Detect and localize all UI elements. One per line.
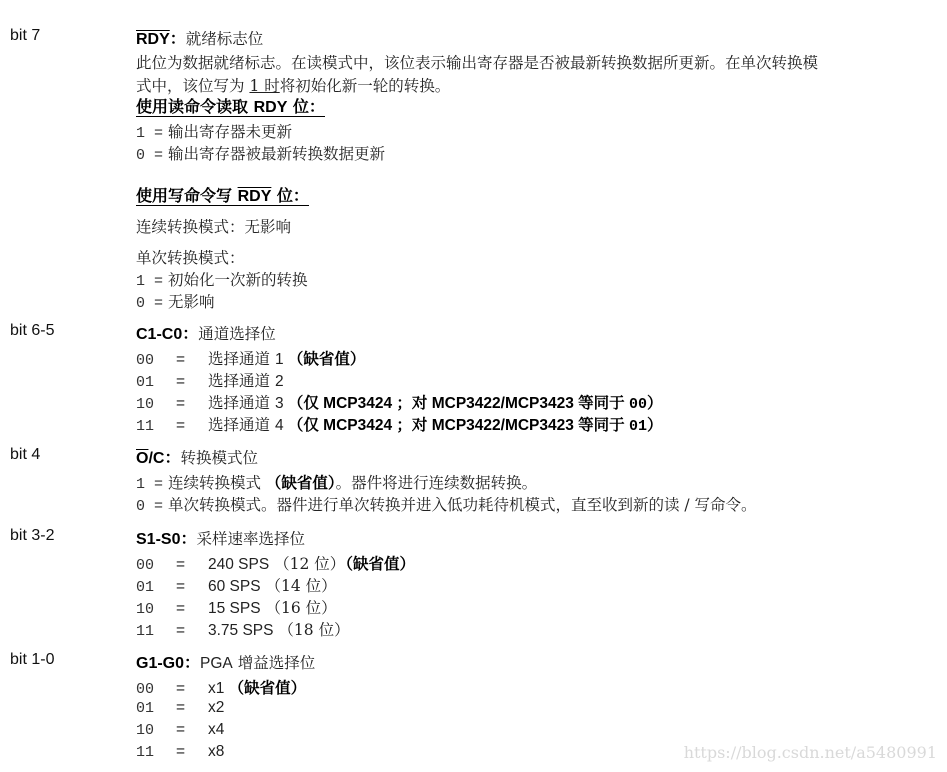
option-eq: = [176, 373, 208, 391]
channel-option-01: 01=选择通道 2 [136, 369, 284, 391]
heading-text: 使用写命令写 [136, 186, 238, 205]
rdy-field-title: 就绪标志位 [186, 30, 264, 48]
desc-text: 式中，该位写为 [136, 77, 249, 95]
c1c0-field-name: C1-C0 [136, 326, 182, 343]
gain-option-11: 11=x8 [136, 742, 224, 761]
channel-option-00: 00=选择通道 1 （缺省值） [136, 347, 365, 369]
default-badge: （缺省值） [345, 556, 415, 573]
rate-bits: （14 位） [261, 577, 337, 595]
heading-text: 位： [271, 186, 309, 205]
rate-option-01: 01=60 SPS （14 位） [136, 574, 337, 596]
watermark: https://blog.csdn.net/a5480991 [684, 743, 937, 762]
option-num: 2 [275, 373, 284, 390]
g1g0-field-name: G1-G0 [136, 655, 184, 672]
option-note: （仅 MCP3424 ；对 MCP3422/MCP3423 等同于 [284, 395, 629, 412]
gain-option-10: 10=x4 [136, 720, 224, 739]
option-code: 00 [136, 557, 176, 574]
option-code: 10 [136, 396, 176, 413]
option-eq: = [176, 622, 208, 640]
default-badge: （缺省值） [224, 680, 306, 697]
item-code: 1 = [136, 273, 163, 290]
option-code: 00 [136, 352, 176, 369]
g1g0-field-header: G1-G0：PGA 增益选择位 [136, 650, 315, 673]
item-text: 无影响 [168, 293, 215, 311]
field-sep: ： [170, 31, 186, 48]
heading-rdy: RDY [238, 188, 272, 205]
bit32-label: bit 3-2 [10, 527, 54, 545]
option-code: 11 [136, 418, 176, 435]
heading-underline: 使用写命令写 RDY 位： [136, 186, 309, 206]
default-badge: （缺省值） [284, 351, 366, 368]
option-eq: = [176, 699, 208, 717]
gain-option-00: 00=x1 （缺省值） [136, 676, 306, 698]
field-sep: ： [182, 326, 198, 343]
gain-value: x8 [208, 743, 224, 760]
rdy-field-name: RDY [136, 31, 170, 48]
option-code: 01 [136, 374, 176, 391]
rate-value: 15 SPS [208, 600, 261, 617]
read-item-1: 1 = 输出寄存器未更新 [136, 120, 292, 142]
option-text: 选择通道 [208, 416, 275, 434]
option-eq: = [176, 556, 208, 574]
pga-label: PGA [200, 655, 233, 672]
option-eq: = [176, 600, 208, 618]
item-code: 0 = [136, 147, 163, 164]
rate-bits: （12 位） [269, 555, 345, 573]
field-sep: ： [184, 655, 200, 672]
rate-value: 3.75 SPS [208, 622, 274, 639]
option-text: 单次转换模式。器件进行单次转换并进入低功耗待机模式，直至收到新的读 / 写命令。 [168, 496, 757, 514]
option-code: 0 = [136, 498, 163, 515]
item-text: 初始化一次新的转换 [168, 271, 308, 289]
s1s0-field-name: S1-S0 [136, 531, 180, 548]
option-code: 10 [136, 722, 176, 739]
oc-field-header: O/C：转换模式位 [136, 445, 258, 468]
option-code: 1 = [136, 476, 163, 493]
option-text: 选择通道 [208, 350, 275, 368]
option-eq: = [176, 351, 208, 369]
rdy-desc-line2: 式中，该位写为 1 时将初始化新一轮的转换。 [136, 74, 450, 96]
gain-value: x4 [208, 721, 224, 738]
bit65-label: bit 6-5 [10, 322, 54, 340]
rate-option-10: 10=15 SPS （16 位） [136, 596, 337, 618]
c1c0-field-title: 通道选择位 [198, 325, 276, 343]
bit4-label: bit 4 [10, 446, 40, 464]
option-code: 01 [136, 579, 176, 596]
channel-option-10: 10=选择通道 3 （仅 MCP3424 ；对 MCP3422/MCP3423 … [136, 391, 663, 413]
oc-field-name-o: O [136, 450, 148, 467]
oc-field-name-rest: /C [148, 450, 164, 467]
channel-option-11: 11=选择通道 4 （仅 MCP3424 ；对 MCP3422/MCP3423 … [136, 413, 663, 435]
rdy-field-header: RDY：就绪标志位 [136, 26, 263, 49]
single-item-1: 1 = 初始化一次新的转换 [136, 268, 307, 290]
option-equiv-code: 00 [629, 396, 647, 413]
oc-option-1: 1 = 连续转换模式 （缺省值）。器件将进行连续数据转换。 [136, 471, 537, 493]
option-note-end: ） [647, 417, 663, 434]
option-note: （仅 MCP3424 ；对 MCP3422/MCP3423 等同于 [284, 417, 629, 434]
option-num: 1 [275, 351, 284, 368]
rdy-desc-line1: 此位为数据就绪标志。在读模式中，该位表示输出寄存器是否被最新转换数据所更新。在单… [136, 51, 818, 73]
heading-text: 位： [287, 97, 325, 116]
s1s0-field-header: S1-S0：采样速率选择位 [136, 526, 305, 549]
s1s0-field-title: 采样速率选择位 [196, 530, 305, 548]
heading-text: 使用读命令读取 [136, 97, 254, 116]
desc-text: 将初始化新一轮的转换。 [280, 77, 451, 95]
option-eq: = [176, 395, 208, 413]
single-item-0: 0 = 无影响 [136, 290, 214, 312]
g1g0-field-title: 增益选择位 [233, 654, 315, 672]
option-text: 。器件将进行连续数据转换。 [336, 474, 538, 492]
option-code: 00 [136, 681, 176, 698]
single-mode-title: 单次转换模式： [136, 246, 245, 268]
rate-value: 240 SPS [208, 556, 269, 573]
bit10-label: bit 1-0 [10, 651, 54, 669]
option-code: 01 [136, 700, 176, 717]
bit7-label: bit 7 [10, 27, 40, 45]
rate-option-11: 11=3.75 SPS （18 位） [136, 618, 350, 640]
option-note-end: ） [647, 395, 663, 412]
option-code: 11 [136, 623, 176, 640]
option-code: 11 [136, 744, 176, 761]
option-eq: = [176, 417, 208, 435]
oc-option-0: 0 = 单次转换模式。器件进行单次转换并进入低功耗待机模式，直至收到新的读 / … [136, 493, 757, 515]
c1c0-field-header: C1-C0：通道选择位 [136, 321, 276, 344]
option-num: 4 [275, 417, 284, 434]
rate-bits: （16 位） [261, 599, 337, 617]
heading-underline: 使用读命令读取 RDY 位： [136, 97, 325, 117]
option-text: 连续转换模式 [168, 474, 266, 492]
rate-value: 60 SPS [208, 578, 261, 595]
option-equiv-code: 01 [629, 418, 647, 435]
option-eq: = [176, 743, 208, 761]
desc-underlined: 1 时 [249, 77, 279, 95]
option-text: 选择通道 [208, 394, 275, 412]
option-eq: = [176, 578, 208, 596]
option-text: 选择通道 [208, 372, 275, 390]
option-eq: = [176, 721, 208, 739]
field-sep: ： [180, 531, 196, 548]
item-text: 输出寄存器被最新转换数据更新 [168, 145, 385, 163]
option-eq: = [176, 680, 208, 698]
item-code: 1 = [136, 125, 163, 142]
rate-option-00: 00=240 SPS （12 位）（缺省值） [136, 552, 415, 574]
default-badge: （缺省值） [266, 475, 336, 492]
read-item-0: 0 = 输出寄存器被最新转换数据更新 [136, 142, 385, 164]
option-num: 3 [275, 395, 284, 412]
gain-value: x1 [208, 680, 224, 697]
gain-option-01: 01=x2 [136, 698, 224, 717]
gain-value: x2 [208, 699, 224, 716]
rate-bits: （18 位） [274, 621, 350, 639]
heading-rdy: RDY [254, 99, 288, 116]
item-text: 输出寄存器未更新 [168, 123, 292, 141]
read-rdy-heading: 使用读命令读取 RDY 位： [136, 97, 325, 117]
oc-field-title: 转换模式位 [180, 449, 258, 467]
field-sep: ： [164, 450, 180, 467]
item-code: 0 = [136, 295, 163, 312]
continuous-mode-note: 连续转换模式：无影响 [136, 215, 291, 237]
option-code: 10 [136, 601, 176, 618]
write-rdy-heading: 使用写命令写 RDY 位： [136, 186, 309, 206]
